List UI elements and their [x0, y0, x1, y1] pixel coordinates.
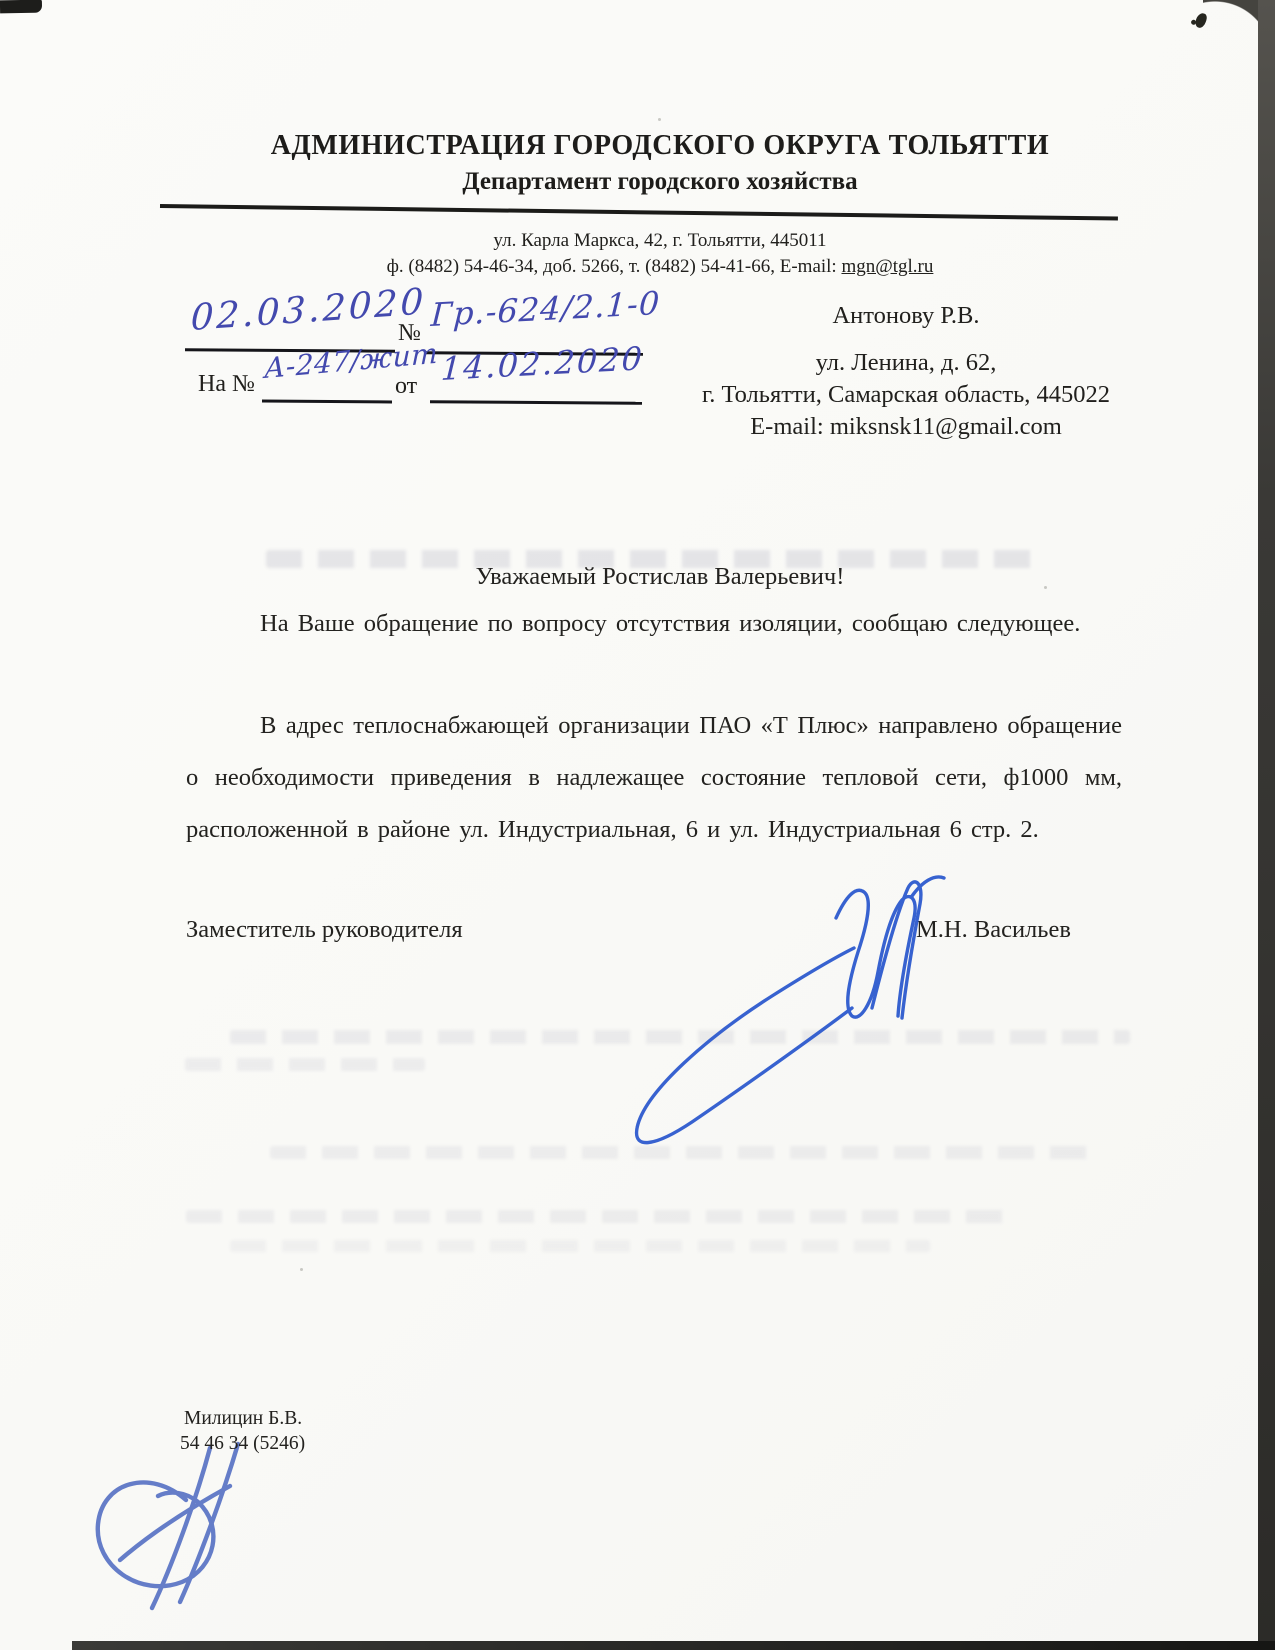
handwritten-outgoing-number: Гр.-624/2.1-0 — [430, 284, 661, 334]
handwritten-incoming-date: 14.02.2020 — [440, 339, 645, 388]
letterhead-contacts: ф. (8482) 54-46-34, доб. 5266, т. (8482)… — [165, 256, 1155, 278]
body-paragraph-2: В адрес теплоснабжающей организации ПАО … — [186, 700, 1122, 856]
executor-name: Милицин Б.В. — [184, 1408, 302, 1430]
scan-speck — [300, 1268, 303, 1271]
signer-name: М.Н. Васильев — [916, 916, 1071, 944]
letterhead-email: mgn@tgl.ru — [841, 256, 933, 277]
reply-to-label: На № — [198, 371, 255, 398]
salutation: Уважаемый Ростислав Валерьевич! — [165, 563, 1155, 591]
bleedthrough-text — [230, 1030, 1130, 1044]
bleedthrough-text — [270, 1146, 1100, 1159]
letterhead-address: ул. Карла Маркса, 42, г. Тольятти, 44501… — [165, 230, 1155, 252]
from-label: от — [395, 373, 417, 400]
body-paragraph-1: На Ваше обращение по вопросу отсутствия … — [186, 598, 1122, 650]
handwritten-outgoing-date: 02.03.2020 — [190, 281, 427, 339]
organization-name: АДМИНИСТРАЦИЯ ГОРОДСКОГО ОКРУГА ТОЛЬЯТТИ — [165, 130, 1155, 162]
recipient-address-line2: г. Тольятти, Самарская область, 445022 — [650, 379, 1162, 411]
signer-position: Заместитель руководителя — [186, 916, 463, 944]
bleedthrough-text — [230, 1240, 930, 1252]
bleedthrough-text — [185, 1058, 425, 1071]
scanned-letter-page: АДМИНИСТРАЦИЯ ГОРОДСКОГО ОКРУГА ТОЛЬЯТТИ… — [0, 0, 1275, 1650]
scan-speck — [658, 118, 661, 121]
scan-speck — [1044, 586, 1047, 589]
letterhead-contacts-text: ф. (8482) 54-46-34, доб. 5266, т. (8482)… — [387, 256, 842, 277]
paraph-scribble — [98, 1444, 238, 1608]
recipient-block: Антонову Р.В. ул. Ленина, д. 62, г. Толь… — [650, 300, 1162, 443]
scan-bottom-edge — [72, 1641, 1275, 1650]
recipient-email: E-mail: miksnsk11@gmail.com — [650, 411, 1162, 443]
letterhead-divider — [160, 204, 1118, 221]
scan-edge-mark — [0, 0, 42, 13]
executor-phone: 54 46 34 (5246) — [180, 1433, 305, 1455]
incoming-date-underline — [430, 400, 642, 404]
incoming-number-underline — [262, 400, 392, 404]
recipient-name: Антонову Р.В. — [650, 300, 1162, 332]
recipient-address-line1: ул. Ленина, д. 62, — [650, 347, 1162, 379]
scan-right-edge — [1258, 0, 1275, 1650]
department-name: Департамент городского хозяйства — [165, 168, 1155, 196]
bleedthrough-text — [186, 1210, 1006, 1223]
